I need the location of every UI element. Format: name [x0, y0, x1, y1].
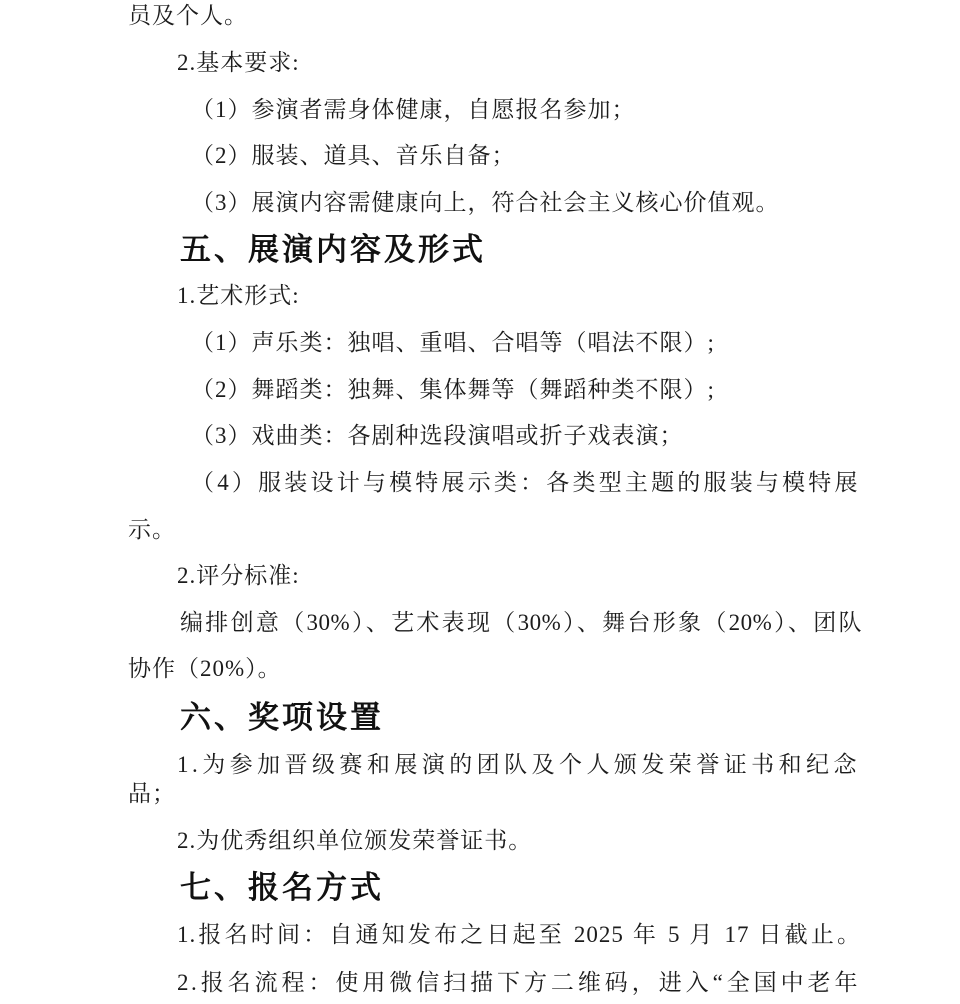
registration-time: 1.报名时间：自通知发布之日起至 2025 年 5 月 17 日截止。 [177, 921, 861, 948]
scoring-detail-line-2: 协作（20%）。 [128, 655, 282, 682]
requirement-item-3: （3）展演内容需健康向上，符合社会主义核心价值观。 [191, 189, 780, 216]
award-item-1-line-2: 品； [128, 780, 176, 807]
art-form-fashion-line-2: 示。 [128, 516, 176, 543]
heading-section-6-awards: 六、奖项设置 [180, 701, 384, 734]
para-continuation-members: 员及个人。 [128, 2, 248, 29]
item-scoring-criteria: 2.评分标准: [177, 562, 300, 589]
registration-process-line-1: 2.报名流程：使用微信扫描下方二维码，进入“全国中老年 [177, 969, 860, 996]
award-item-2: 2.为优秀组织单位颁发荣誉证书。 [177, 827, 532, 854]
scoring-detail-line-1: 编排创意（30%）、艺术表现（30%）、舞台形象（20%）、团队 [180, 609, 862, 636]
art-form-fashion-line-1: （4）服装设计与模特展示类：各类型主题的服装与模特展 [191, 469, 860, 496]
item-art-forms: 1.艺术形式: [177, 282, 300, 309]
document-page: 员及个人。 2.基本要求: （1）参演者需身体健康，自愿报名参加； （2）服装、… [0, 0, 960, 1004]
art-form-opera: （3）戏曲类：各剧种选段演唱或折子戏表演； [191, 422, 684, 449]
requirement-item-2: （2）服装、道具、音乐自备； [191, 142, 516, 169]
requirement-item-1: （1）参演者需身体健康，自愿报名参加； [191, 96, 636, 123]
heading-section-5-content-format: 五、展演内容及形式 [180, 233, 486, 266]
heading-section-7-registration: 七、报名方式 [180, 871, 384, 904]
art-form-dance: （2）舞蹈类：独舞、集体舞等（舞蹈种类不限）; [191, 376, 715, 403]
art-form-vocal: （1）声乐类：独唱、重唱、合唱等（唱法不限）; [191, 329, 715, 356]
award-item-1-line-1: 1.为参加晋级赛和展演的团队及个人颁发荣誉证书和纪念 [177, 751, 860, 778]
item-basic-requirements: 2.基本要求: [177, 49, 300, 76]
